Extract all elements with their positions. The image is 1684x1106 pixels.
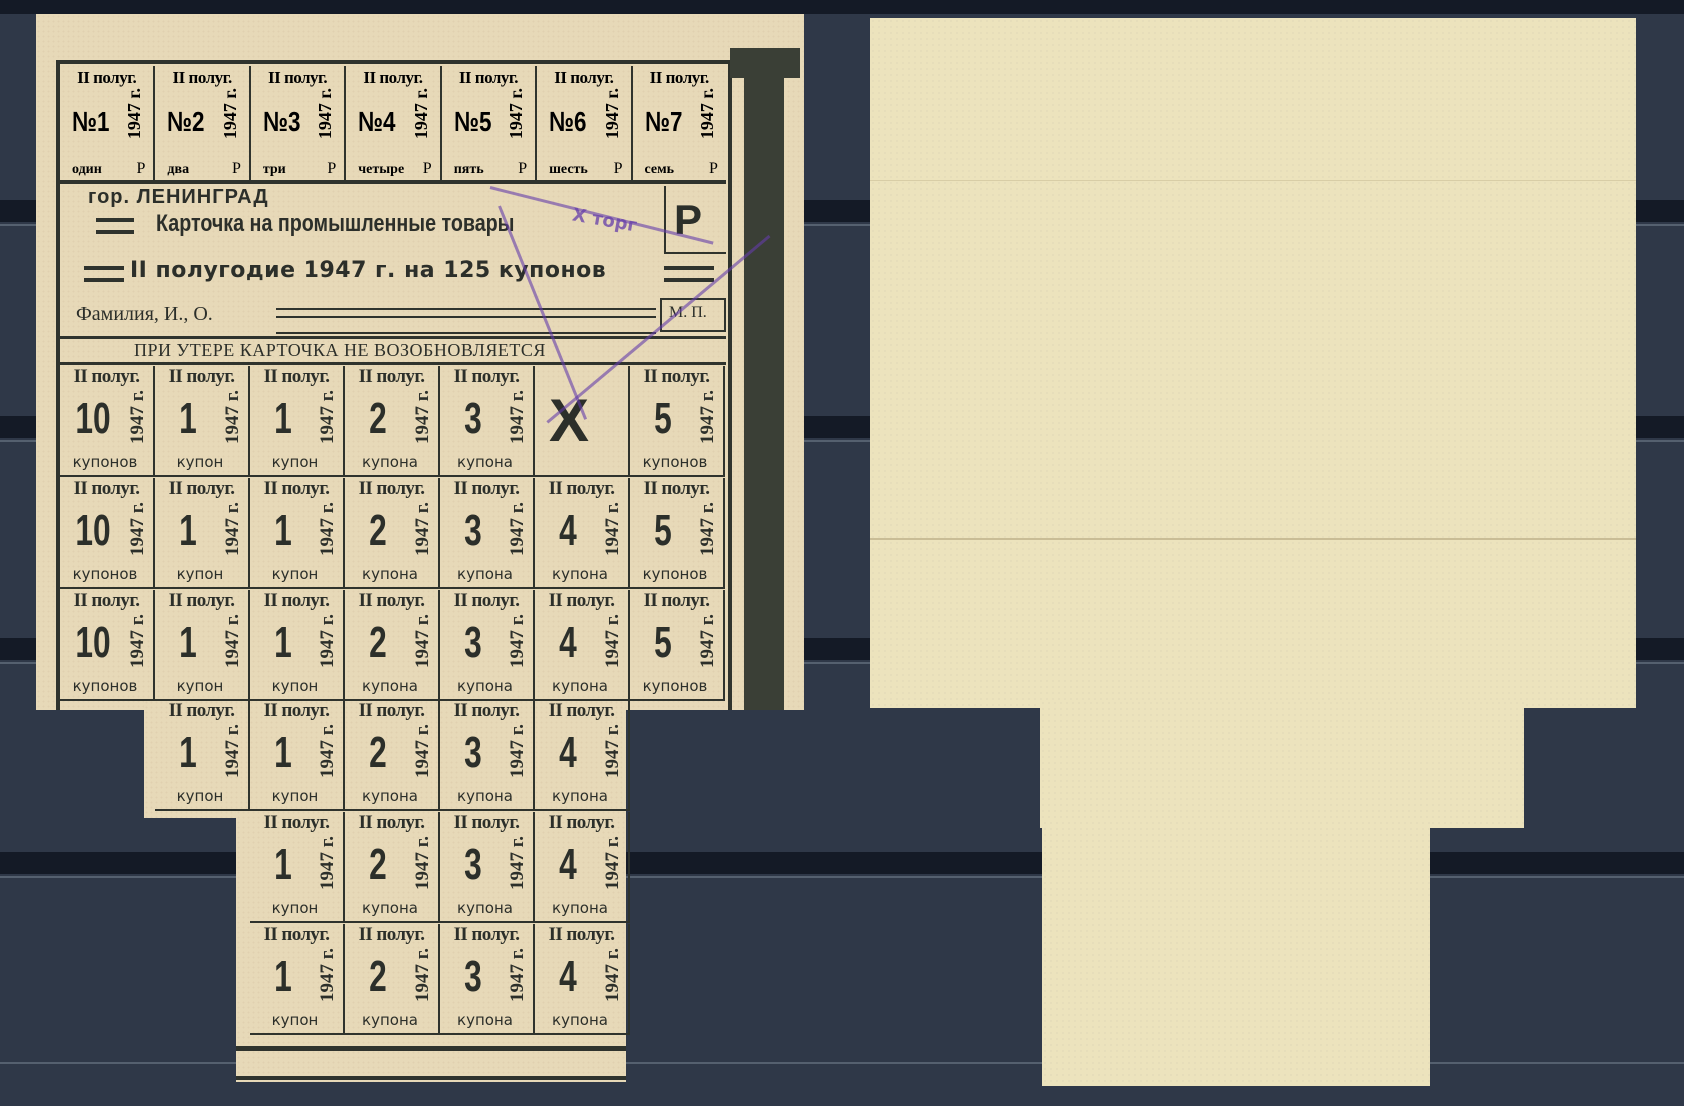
coupon-header: II полуг. <box>535 478 628 500</box>
coupon-unit: купонов <box>60 677 150 695</box>
coupon-year: 1947 г. <box>602 724 624 778</box>
coupon-word: два <box>167 162 189 178</box>
coupon-header: II полуг. <box>250 478 343 500</box>
coupon-letter: Р <box>709 160 718 178</box>
coupon-year: 1947 г. <box>602 948 624 1002</box>
coupon-header: II полуг. <box>250 812 343 834</box>
coupon[interactable]: II полуг.41947 г.купона <box>535 700 630 811</box>
coupon[interactable]: II полуг.31947 г.купона <box>440 924 535 1035</box>
coupon-unit: купон <box>250 677 340 695</box>
coupon-value: 10 <box>69 618 117 668</box>
coupon-value: 1 <box>164 394 212 444</box>
coupon-header: II полуг. <box>60 366 153 388</box>
coupon-word: шесть <box>549 162 588 178</box>
coupon-year: 1947 г. <box>412 390 434 444</box>
coupon[interactable]: II полуг.41947 г.купона <box>535 924 630 1035</box>
coupon-unit: купон <box>155 565 245 583</box>
coupon-number: №5 <box>454 106 491 138</box>
coupon[interactable]: II полуг.11947 г.купон <box>250 812 345 923</box>
coupon-year: 1947 г. <box>697 502 719 556</box>
card-title: Карточка на промышленные товары <box>156 210 514 238</box>
coupon-unit: купона <box>440 899 530 917</box>
coupon-header: II полуг. <box>250 700 343 722</box>
coupon-value: 3 <box>449 394 497 444</box>
coupon-header: II полуг. <box>60 590 153 612</box>
coupon-unit: купон <box>250 453 340 471</box>
coupon-year: 1947 г. <box>507 502 529 556</box>
coupon-header: II полуг. <box>537 68 630 88</box>
coupon-year: 1947 г. <box>602 502 624 556</box>
coupon-value: 2 <box>354 728 402 778</box>
coupon-unit: купона <box>440 453 530 471</box>
coupon[interactable]: II полуг.21947 г.купона <box>345 366 440 477</box>
coupon-value: 4 <box>544 728 592 778</box>
coupon-header: II полуг. <box>440 478 533 500</box>
coupon-value: 1 <box>259 506 307 556</box>
coupon-year: 1947 г. <box>412 836 434 890</box>
coupon-word: четыре <box>358 162 404 178</box>
coupon-letter: Р <box>232 160 241 178</box>
coupon-value: 1 <box>259 840 307 890</box>
coupon-unit: купонов <box>60 453 150 471</box>
coupon-year: 1947 г. <box>317 724 339 778</box>
coupon-value: 4 <box>544 618 592 668</box>
coupon-year: 1947 г. <box>317 390 339 444</box>
coupon-header: II полуг. <box>345 924 438 946</box>
coupon-value: 4 <box>544 952 592 1002</box>
coupon[interactable]: II полуг.21947 г.купона <box>345 700 440 811</box>
coupon[interactable]: II полуг.31947 г.купона <box>440 366 535 477</box>
coupon-value: 2 <box>354 952 402 1002</box>
coupon[interactable]: II полуг.31947 г.купона <box>440 700 535 811</box>
coupon-header: II полуг. <box>440 924 533 946</box>
coupon[interactable]: II полуг.21947 г.купона <box>345 924 440 1035</box>
coupon[interactable]: II полуг.21947 г.купона <box>345 478 440 589</box>
coupon-header: II полуг. <box>155 366 248 388</box>
coupon[interactable]: II полуг.41947 г.купона <box>535 478 630 589</box>
coupon[interactable]: II полуг.101947 г.купонов <box>60 590 155 701</box>
coupon-number: №1 <box>72 106 109 138</box>
coupon-unit: купона <box>345 453 435 471</box>
coupon-header: II полуг. <box>155 700 248 722</box>
coupon-year: 1947 г. <box>697 390 719 444</box>
coupon-header: II полуг. <box>345 812 438 834</box>
cancelled-mark: X <box>549 386 589 455</box>
coupon-header: II полуг. <box>440 700 533 722</box>
coupon-header: II полуг. <box>440 590 533 612</box>
coupon-word: три <box>263 162 286 178</box>
coupon-letter: Р <box>137 160 146 178</box>
letter-box-divider <box>664 186 666 252</box>
coupon-year: 1947 г. <box>506 88 527 139</box>
coupon-year: 1947 г. <box>507 836 529 890</box>
coupon-year: 1947 г. <box>697 88 718 139</box>
coupon-unit: купон <box>250 1011 340 1029</box>
coupon-value: 1 <box>259 618 307 668</box>
coupon-number: №6 <box>549 106 586 138</box>
coupon-header: II полуг. <box>155 68 248 88</box>
coupon[interactable]: II полуг.11947 г.купон <box>250 366 345 477</box>
coupon-unit: купон <box>155 677 245 695</box>
coupon-unit: купона <box>440 1011 530 1029</box>
coupon-year: 1947 г. <box>317 502 339 556</box>
coupon-header: II полуг. <box>535 812 628 834</box>
coupon-value: 4 <box>544 506 592 556</box>
card-back-stem-b <box>1042 820 1430 1086</box>
coupon-header: II полуг. <box>535 700 628 722</box>
coupon-value: 3 <box>449 728 497 778</box>
coupon-year: 1947 г. <box>412 502 434 556</box>
coupon-header: II полуг. <box>633 68 726 88</box>
coupon-unit: купон <box>155 787 245 805</box>
coupon-year: 1947 г. <box>507 948 529 1002</box>
coupon[interactable]: II полуг.101947 г.купонов <box>60 478 155 589</box>
coupon-value: 5 <box>639 394 687 444</box>
coupon-value: 3 <box>449 506 497 556</box>
coupon-value: 3 <box>449 618 497 668</box>
coupon-number: №7 <box>645 106 682 138</box>
coupon-year: 1947 г. <box>602 614 624 668</box>
coupon-year: 1947 г. <box>124 88 145 139</box>
top-coupon[interactable]: II полуг. №3 1947 г. три Р <box>251 66 346 180</box>
coupon[interactable]: II полуг.11947 г.купон <box>155 366 250 477</box>
coupon[interactable]: II полуг.11947 г.купон <box>250 924 345 1035</box>
coupon-unit: купон <box>250 565 340 583</box>
coupon-header: II полуг. <box>630 478 723 500</box>
coupon-word: один <box>72 162 102 178</box>
top-coupon[interactable]: II полуг. №1 1947 г. один Р <box>60 66 155 180</box>
coupon-header: II полуг. <box>442 68 535 88</box>
coupon-header: II полуг. <box>440 366 533 388</box>
coupon-value: 10 <box>69 506 117 556</box>
warning-text: ПРИ УТЕРЕ КАРТОЧКА НЕ ВОЗОБНОВЛЯЕТСЯ <box>134 340 546 361</box>
coupon-year: 1947 г. <box>507 614 529 668</box>
coupon-unit: купона <box>535 565 625 583</box>
coupon-unit: купонов <box>630 677 720 695</box>
coupon-unit: купона <box>345 1011 435 1029</box>
coupon[interactable]: II полуг.31947 г.купона <box>440 478 535 589</box>
decor-dash <box>96 230 134 234</box>
coupon-unit: купонов <box>630 565 720 583</box>
coupon-year: 1947 г. <box>220 88 241 139</box>
right-border-bar <box>744 48 784 710</box>
decor-dash <box>664 278 714 282</box>
coupon-header: II полуг. <box>155 590 248 612</box>
coupon-year: 1947 г. <box>317 948 339 1002</box>
coupon-year: 1947 г. <box>697 614 719 668</box>
coupon-year: 1947 г. <box>317 614 339 668</box>
coupon-year: 1947 г. <box>412 614 434 668</box>
coupon-year: 1947 г. <box>222 614 244 668</box>
coupon-value: 2 <box>354 394 402 444</box>
coupon-unit: купона <box>345 565 435 583</box>
name-field-label: Фамилия, И., О. <box>76 303 213 326</box>
coupon-header: II полуг. <box>250 366 343 388</box>
coupon-number: №3 <box>263 106 300 138</box>
coupon-unit: купона <box>345 677 435 695</box>
coupon-header: II полуг. <box>345 366 438 388</box>
coupon[interactable]: II полуг.11947 г.купон <box>250 700 345 811</box>
card-subtitle: II полугодие 1947 г. на 125 купонов <box>130 258 606 283</box>
coupon-header: II полуг. <box>535 924 628 946</box>
coupon-header: II полуг. <box>250 590 343 612</box>
coupon-year: 1947 г. <box>412 724 434 778</box>
divider <box>60 180 726 184</box>
coupon-value: 2 <box>354 506 402 556</box>
coupon-word: пять <box>454 162 484 178</box>
bg-stripe <box>0 0 1684 14</box>
coupon-value: 10 <box>69 394 117 444</box>
coupon-value: 1 <box>164 506 212 556</box>
coupon-year: 1947 г. <box>127 502 149 556</box>
coupon-year: 1947 г. <box>507 724 529 778</box>
coupon-header: II полуг. <box>345 478 438 500</box>
bottom-border <box>236 1076 626 1080</box>
coupon[interactable]: II полуг.11947 г.купон <box>250 590 345 701</box>
coupon-value: 1 <box>259 952 307 1002</box>
coupon-year: 1947 г. <box>222 390 244 444</box>
coupon-year: 1947 г. <box>411 88 432 139</box>
top-corner-bar <box>730 48 800 78</box>
top-coupon[interactable]: II полуг. №6 1947 г. шесть Р <box>537 66 632 180</box>
coupon-year: 1947 г. <box>222 502 244 556</box>
coupon-header: II полуг. <box>60 478 153 500</box>
coupon-header: II полуг. <box>251 68 344 88</box>
coupon[interactable]: II полуг.21947 г.купона <box>345 590 440 701</box>
coupon-value: 3 <box>449 840 497 890</box>
top-coupon[interactable]: II полуг. №7 1947 г. семь Р <box>633 66 726 180</box>
coupon-unit: купона <box>345 787 435 805</box>
decor-dash <box>84 278 124 282</box>
coupon-unit: купон <box>155 453 245 471</box>
coupon-unit: купона <box>440 677 530 695</box>
coupon-header: II полуг. <box>155 478 248 500</box>
coupon-year: 1947 г. <box>127 614 149 668</box>
coupon-value: 2 <box>354 840 402 890</box>
coupon-unit: купонов <box>630 453 720 471</box>
coupon-header: II полуг. <box>440 812 533 834</box>
coupon-unit: купона <box>440 787 530 805</box>
coupon-year: 1947 г. <box>127 390 149 444</box>
card-back-upper <box>870 18 1636 708</box>
coupon-value: 5 <box>639 618 687 668</box>
coupon-header: II полуг. <box>345 590 438 612</box>
coupon-value: 1 <box>259 394 307 444</box>
coupon[interactable]: II полуг.41947 г.купона <box>535 590 630 701</box>
coupon-year: 1947 г. <box>222 724 244 778</box>
coupon-value: 5 <box>639 506 687 556</box>
coupon[interactable]: II полуг.11947 г.купон <box>155 700 250 811</box>
top-coupon[interactable]: II полуг. №5 1947 г. пять Р <box>442 66 537 180</box>
coupon-unit: купона <box>440 565 530 583</box>
coupon[interactable]: II полуг.51947 г.купонов <box>630 366 725 477</box>
coupon-value: 1 <box>164 728 212 778</box>
coupon[interactable]: II полуг.41947 г.купона <box>535 812 630 923</box>
bottom-border <box>236 1046 626 1051</box>
coupon[interactable]: II полуг.11947 г.купон <box>155 478 250 589</box>
coupon-header: II полуг. <box>345 700 438 722</box>
coupon-unit: купон <box>250 899 340 917</box>
divider <box>60 336 726 339</box>
coupon-year: 1947 г. <box>317 836 339 890</box>
coupon-year: 1947 г. <box>315 88 336 139</box>
coupon-unit: купона <box>345 899 435 917</box>
coupon[interactable]: II полуг.31947 г.купона <box>440 812 535 923</box>
letter-box-line <box>664 252 726 254</box>
decor-dash <box>84 266 124 270</box>
coupon-unit: купонов <box>60 565 150 583</box>
coupon[interactable]: II полуг.101947 г.купонов <box>60 366 155 477</box>
top-coupon-row: II полуг. №1 1947 г. один Р II полуг. №2… <box>60 66 726 180</box>
decor-dash <box>96 218 134 222</box>
coupon[interactable]: II полуг.11947 г.купон <box>250 478 345 589</box>
coupon-number: №4 <box>358 106 395 138</box>
coupon-year: 1947 г. <box>602 836 624 890</box>
coupon-year: 1947 г. <box>412 948 434 1002</box>
coupon-header: II полуг. <box>346 68 439 88</box>
coupon-value: 1 <box>164 618 212 668</box>
coupon-header: II полуг. <box>535 590 628 612</box>
coupon-year: 1947 г. <box>507 390 529 444</box>
top-coupon[interactable]: II полуг. №4 1947 г. четыре Р <box>346 66 441 180</box>
coupon-unit: купон <box>250 787 340 805</box>
coupon[interactable]: II полуг.31947 г.купона <box>440 590 535 701</box>
city-label: гор. ЛЕНИНГРАД <box>88 186 269 209</box>
coupon[interactable]: II полуг.51947 г.купонов <box>630 478 725 589</box>
coupon-letter: Р <box>518 160 527 178</box>
coupon-year: 1947 г. <box>602 88 623 139</box>
decor-dash <box>664 266 714 270</box>
coupon-value: 1 <box>259 728 307 778</box>
coupon-unit: купона <box>535 677 625 695</box>
coupon-unit: купона <box>535 1011 625 1029</box>
top-coupon[interactable]: II полуг. №2 1947 г. два Р <box>155 66 250 180</box>
coupon-value: 3 <box>449 952 497 1002</box>
coupon-header: II полуг. <box>60 68 153 88</box>
coupon-header: II полуг. <box>250 924 343 946</box>
name-field-line <box>276 316 656 318</box>
coupon-value: 2 <box>354 618 402 668</box>
coupon-word: семь <box>645 162 675 178</box>
coupon-number: №2 <box>167 106 204 138</box>
coupon-letter: Р <box>614 160 623 178</box>
coupon-header: II полуг. <box>630 366 723 388</box>
fold-line <box>870 538 1636 540</box>
coupon-letter: Р <box>423 160 432 178</box>
coupon-header: II полуг. <box>630 590 723 612</box>
coupon-unit: купона <box>535 899 625 917</box>
coupon[interactable]: II полуг.51947 г.купонов <box>630 590 725 701</box>
coupon-letter: Р <box>327 160 336 178</box>
coupon[interactable]: II полуг.11947 г.купон <box>155 590 250 701</box>
divider <box>60 362 726 365</box>
name-field[interactable] <box>276 308 656 334</box>
coupon-unit: купона <box>535 787 625 805</box>
coupon-value: 4 <box>544 840 592 890</box>
card-back-stem-a <box>1040 700 1524 828</box>
coupon[interactable]: II полуг.21947 г.купона <box>345 812 440 923</box>
fold-line <box>870 180 1636 181</box>
